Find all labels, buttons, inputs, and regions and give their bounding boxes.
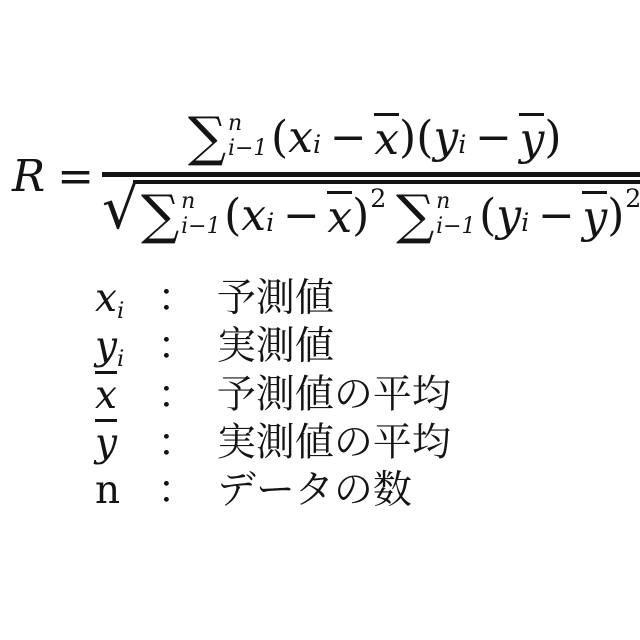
sigma-lower-limit: i−1 <box>436 216 475 238</box>
subscript-i: i <box>313 130 321 160</box>
minus-sign: − <box>538 190 575 241</box>
variable-legend: xi ： 予測値 yi ： 実測値 x ： 予測値の平均 y ： 実測値の平均 … <box>95 275 451 515</box>
sigma-upper-limit: n <box>181 191 220 213</box>
legend-description: 予測値 <box>217 276 334 321</box>
subscript-i: i <box>521 208 529 238</box>
var-x: x <box>95 276 117 321</box>
legend-symbol: x <box>95 371 145 420</box>
sigma-symbol: ∑ <box>396 188 434 243</box>
var-x: x <box>288 112 313 163</box>
sigma-upper-limit: n <box>436 191 475 213</box>
close-paren: ) <box>607 190 624 241</box>
close-paren: ) <box>399 112 416 163</box>
subscript-i: i <box>458 130 466 160</box>
var-y: y <box>95 324 117 369</box>
legend-symbol: yi <box>95 323 145 376</box>
legend-item-yi: yi ： 実測値 <box>95 323 451 371</box>
squared-exponent: 2 <box>625 184 640 214</box>
summation-numerator: ∑ n i−1 <box>188 110 268 165</box>
legend-symbol: n <box>95 467 145 515</box>
legend-description: 予測値の平均 <box>217 373 451 418</box>
formula-page: R = ∑ n i−1 ( x i − x ) ( y i <box>0 0 640 640</box>
open-paren: ( <box>479 190 496 241</box>
square-root: √ ∑ n i−1 ( x i − x <box>102 180 640 243</box>
sigma-lower-limit: i−1 <box>181 216 220 238</box>
legend-item-xbar: x ： 予測値の平均 <box>95 371 451 419</box>
close-paren: ) <box>544 112 561 163</box>
legend-description: データの数 <box>217 468 412 513</box>
var-y: y <box>433 112 458 163</box>
y-bar: y <box>582 191 607 240</box>
radicand: ∑ n i−1 ( x i − x ) 2 <box>133 180 640 243</box>
legend-description: 実測値 <box>217 324 334 369</box>
colon: ： <box>157 323 196 371</box>
x-bar: x <box>95 371 117 415</box>
subscript-i: i <box>117 298 124 324</box>
sigma-upper-limit: n <box>228 113 267 135</box>
legend-item-ybar: y ： 実測値の平均 <box>95 419 451 467</box>
summation-denominator-x: ∑ n i−1 <box>141 188 221 243</box>
open-paren: ( <box>416 112 433 163</box>
sigma-symbol: ∑ <box>188 110 226 165</box>
legend-symbol: xi <box>95 275 145 328</box>
close-paren: ) <box>352 190 369 241</box>
colon: ： <box>157 420 196 468</box>
legend-item-xi: xi ： 予測値 <box>95 275 451 323</box>
correlation-formula: R = ∑ n i−1 ( x i − x ) ( y i <box>12 110 640 243</box>
equals-sign: = <box>57 151 94 202</box>
sigma-symbol: ∑ <box>141 188 179 243</box>
x-bar: x <box>327 191 352 240</box>
fraction-denominator: √ ∑ n i−1 ( x i − x <box>102 177 640 243</box>
legend-description: 実測値の平均 <box>217 421 451 466</box>
legend-symbol: y <box>95 419 145 468</box>
x-bar: x <box>374 113 399 162</box>
y-bar: y <box>519 113 544 162</box>
colon: ： <box>157 275 196 323</box>
minus-sign: − <box>283 190 320 241</box>
legend-item-n: n ： データの数 <box>95 467 451 515</box>
colon: ： <box>157 467 196 515</box>
var-x: x <box>241 190 266 241</box>
var-n: n <box>95 468 120 513</box>
open-paren: ( <box>224 190 241 241</box>
var-y: y <box>496 190 521 241</box>
sigma-lower-limit: i−1 <box>228 138 267 160</box>
y-bar: y <box>95 419 117 463</box>
summation-denominator-y: ∑ n i−1 <box>396 188 476 243</box>
formula-lhs-R: R <box>12 151 45 202</box>
sigma-limits: n i−1 <box>226 110 267 165</box>
squared-exponent: 2 <box>370 184 386 214</box>
sigma-limits: n i−1 <box>434 188 475 243</box>
subscript-i: i <box>117 346 124 372</box>
fraction: ∑ n i−1 ( x i − x ) ( y i − y ) <box>102 110 640 243</box>
subscript-i: i <box>266 208 274 238</box>
sigma-limits: n i−1 <box>179 188 220 243</box>
minus-sign: − <box>330 112 367 163</box>
fraction-numerator: ∑ n i−1 ( x i − x ) ( y i − y ) <box>176 110 574 172</box>
minus-sign: − <box>475 112 512 163</box>
open-paren: ( <box>271 112 288 163</box>
colon: ： <box>157 372 196 420</box>
